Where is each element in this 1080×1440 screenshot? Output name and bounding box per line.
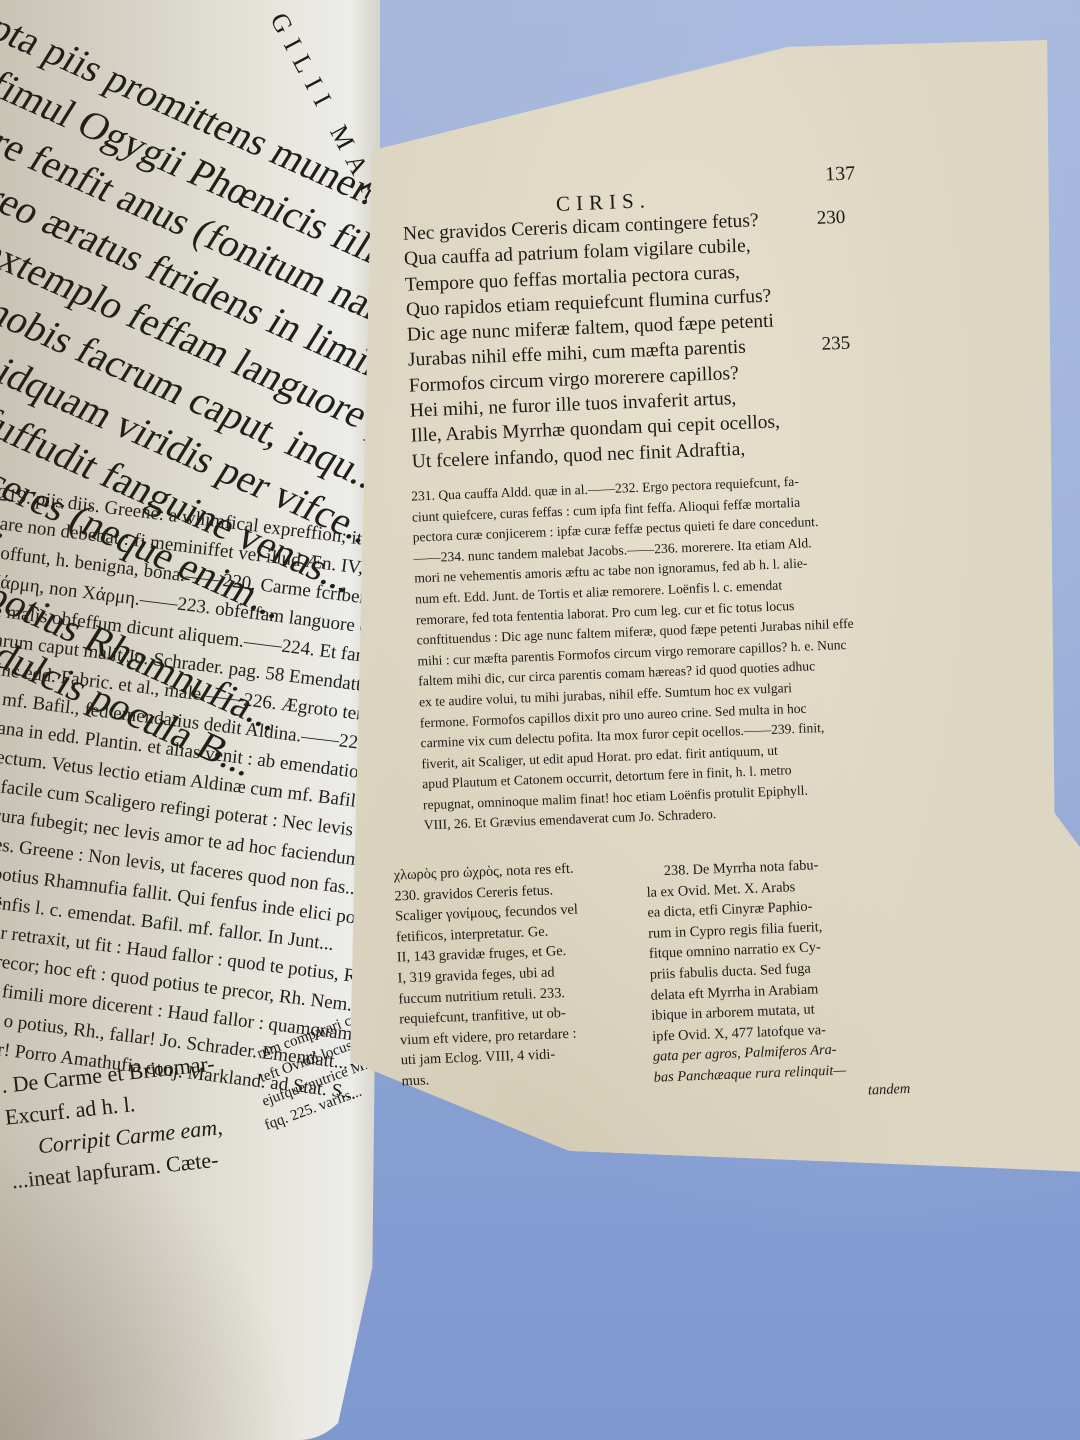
page-shadow [0,1120,300,1440]
footnote-main: 231. Qua cauffa Aldd. quæ in al.——232. E… [407,469,892,837]
footnote-column-left: χλωρὸς pro ὠχρὸς, nota res eft. 230. gra… [393,857,633,1119]
left-page: GILII MARO ...pta piis promittens muner.… [0,0,380,1440]
page-number: 137 [825,162,856,186]
verse-block: Nec gravidos Cereris dicam contingere fe… [397,204,886,475]
right-page-content: CIRIS. 137 Nec gravidos Cereris dicam co… [395,162,911,1118]
footnote-columns: χλωρὸς pro ὠχρὸς, nota res eft. 230. gra… [393,846,910,1118]
line-number: 230 [816,205,845,231]
line-number: 235 [821,331,850,357]
left-footnotes: 219. piis diis. Greene: a whimfical expr… [0,480,380,1109]
footnote-column-right: 238. De Myrrha nota fabu- la ex Ovid. Me… [645,852,910,1109]
